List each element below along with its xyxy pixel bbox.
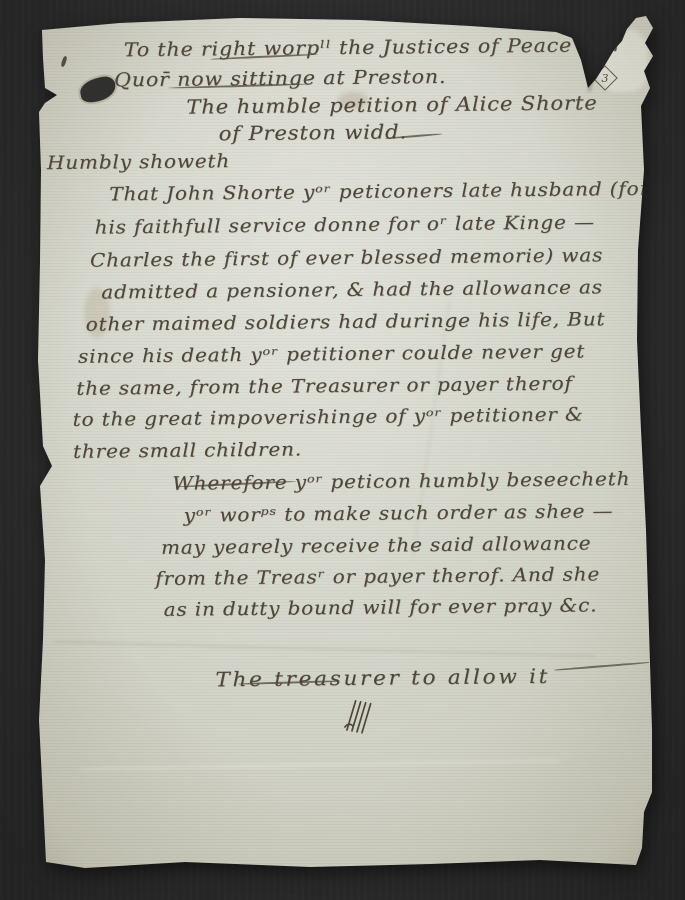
body-line-3: Charles the first of ever blessed memori…: [90, 245, 603, 271]
heading-line-3: The humble petition of Alice Shorte: [186, 91, 597, 118]
prayer-line-2: yᵒʳ worᵖˢ to make such order as shee —: [184, 501, 614, 526]
prayer-line-1: Wherefore yᵒʳ peticon humbly beseecheth: [172, 469, 630, 495]
heading-line-4: of Preston widd.: [219, 120, 408, 145]
paper-crease-vertical: [412, 301, 450, 559]
body-line-7: the same, from the Treasurer or payer th…: [76, 374, 573, 400]
stain-heading: [338, 92, 368, 109]
ink-speck: [60, 56, 67, 68]
handwriting-layer: To the right worpˡˡ the Justices of Peac…: [0, 0, 685, 900]
pen-stroke-docket-tail: [554, 661, 649, 670]
paper-crease-lower: [55, 641, 595, 657]
heading-line-1: To the right worpˡˡ the Justices of Peac…: [124, 34, 621, 61]
pen-stroke-wherefore: [176, 480, 296, 487]
prayer-line-4: from the Treasʳ or payer therof. And she: [155, 564, 600, 590]
archival-page-number: 3: [592, 65, 617, 90]
prayer-line-5: as in dutty bound will for ever pray &c.: [164, 595, 598, 621]
body-line-9: three small children.: [73, 439, 302, 462]
body-line-8: to the great impoverishinge of yᵒʳ petit…: [73, 404, 584, 430]
body-line-4: admitted a pensioner, & had the allowanc…: [101, 277, 603, 303]
body-line-2: his faithfull service donne for oʳ late …: [95, 212, 595, 238]
pen-stroke-sittinge: [168, 83, 308, 89]
prayer-line-3: may yearely receive the said allowance: [161, 533, 592, 559]
paraph-mark: [343, 696, 375, 736]
manuscript-paper: 3 To the right worpˡˡ the Justices of Pe…: [0, 0, 685, 900]
pen-stroke-widd: [385, 133, 443, 140]
body-line-6: since his death yᵒʳ petitioner coulde ne…: [78, 341, 585, 367]
heading-line-2: Quor̄ now sittinge at Preston.: [114, 66, 446, 91]
salutation-line: Humbly showeth: [47, 151, 230, 174]
paper-crease-bottom: [80, 760, 560, 770]
body-line-1: That John Shorte yᵒʳ peticoners late hus…: [109, 179, 650, 206]
photo-backdrop: 3 To the right worpˡˡ the Justices of Pe…: [0, 0, 685, 900]
page-number-label: 3: [602, 72, 609, 85]
stain-left: [84, 288, 110, 338]
torn-corner-flap: [598, 30, 648, 92]
pen-stroke-docket-link: [238, 680, 338, 684]
docket-line: The treasurer to allow it: [215, 664, 550, 692]
body-line-5: other maimed soldiers had duringe his li…: [86, 309, 606, 335]
pen-stroke-worp: [210, 53, 318, 60]
paper-sheet: 3 To the right worpˡˡ the Justices of Pe…: [0, 0, 685, 900]
paper-hole: [78, 75, 118, 105]
torn-corner-crease: [588, 40, 602, 91]
